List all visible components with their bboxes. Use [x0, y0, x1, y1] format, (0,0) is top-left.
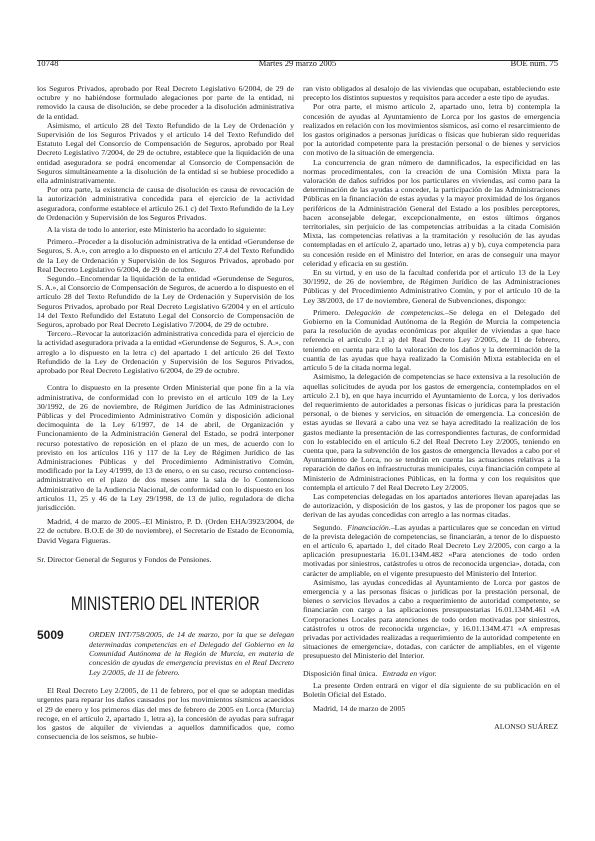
- boe-page: 10748 Martes 29 marzo 2005 BOE núm. 75 l…: [0, 0, 595, 841]
- paragraph: En su virtud, y en uso de la facultad co…: [303, 268, 560, 305]
- paragraph-primero: Primero.–Proceder a la disolución admini…: [37, 237, 294, 274]
- paragraph-primero: Primero.Delegación de competencias.–Se d…: [303, 308, 560, 372]
- paragraph: A la vista de todo lo anterior, este Min…: [37, 225, 294, 234]
- date-line: Madrid, 14 de marzo de 2005: [303, 704, 560, 713]
- ministry-heading: MINISTERIO DEL INTERIOR: [37, 600, 294, 612]
- paragraph: Asimismo, el artículo 28 del Texto Refun…: [37, 121, 294, 185]
- signature-line: Madrid, 4 de marzo de 2005.–El Ministro,…: [37, 517, 294, 545]
- left-column: los Seguros Privados, aprobado por Real …: [37, 84, 294, 741]
- ministry-heading-text: MINISTERIO DEL INTERIOR: [71, 600, 260, 609]
- paragraph-preamble: El Real Decreto Ley 2/2005, de 11 de feb…: [37, 686, 294, 741]
- paragraph-continuation: ran visto obligados al desalojo de las v…: [303, 84, 560, 102]
- paragraph: Por otra parte, el mismo artículo 2, apa…: [303, 102, 560, 157]
- clause-label: Segundo.: [313, 523, 342, 532]
- paragraph: La concurrencia de gran número de damnif…: [303, 158, 560, 268]
- signatory-name: ALONSO SUÁREZ: [303, 722, 560, 731]
- paragraph-continuation: los Seguros Privados, aprobado por Real …: [37, 84, 294, 121]
- order-item: 5009 ORDEN INT/758/2005, de 14 de marzo,…: [37, 630, 294, 677]
- order-title: ORDEN INT/758/2005, de 14 de marzo, por …: [89, 630, 294, 677]
- paragraph: Asimismo, la delegación de competencias …: [303, 372, 560, 492]
- clause-title: Delegación de competencias.: [345, 308, 445, 317]
- clause-title: Financiación.: [347, 523, 391, 532]
- paragraph: Por otra parte, la existencia de causa d…: [37, 185, 294, 222]
- paragraph: Las competencias delegadas en los aparta…: [303, 492, 560, 520]
- clause-text: –Se delega en el Delegado del Gobierno e…: [303, 308, 560, 372]
- header-issue: BOE núm. 75: [510, 58, 558, 69]
- right-column: ran visto obligados al desalojo de las v…: [303, 84, 560, 732]
- paragraph-tercero: Tercero.–Revocar la autorización adminis…: [37, 329, 294, 375]
- addressee-line: Sr. Director General de Seguros y Fondos…: [37, 555, 294, 564]
- final-disposition-heading: Disposición final única.Entrada en vigor…: [303, 669, 560, 678]
- paragraph-appeal: Contra lo dispuesto en la presente Orden…: [37, 383, 294, 512]
- clause-label: Primero.: [313, 308, 340, 317]
- disposition-title: Entrada en vigor.: [382, 669, 436, 678]
- header-date: Martes 29 marzo 2005: [37, 58, 558, 69]
- paragraph-segundo: Segundo.Financiación.–Las ayudas a parti…: [303, 523, 560, 578]
- clause-text: –Las ayudas a particulares que se conced…: [303, 523, 560, 578]
- page-header: 10748 Martes 29 marzo 2005 BOE núm. 75: [37, 58, 558, 61]
- order-number: 5009: [37, 630, 89, 677]
- paragraph-segundo: Segundo.–Encomendar la liquidación de la…: [37, 274, 294, 329]
- paragraph: Asimismo, las ayudas concedidas al Ayunt…: [303, 578, 560, 661]
- disposition-label: Disposición final única.: [303, 669, 377, 678]
- paragraph-entry-into-force: La presente Orden entrará en vigor el dí…: [303, 681, 560, 699]
